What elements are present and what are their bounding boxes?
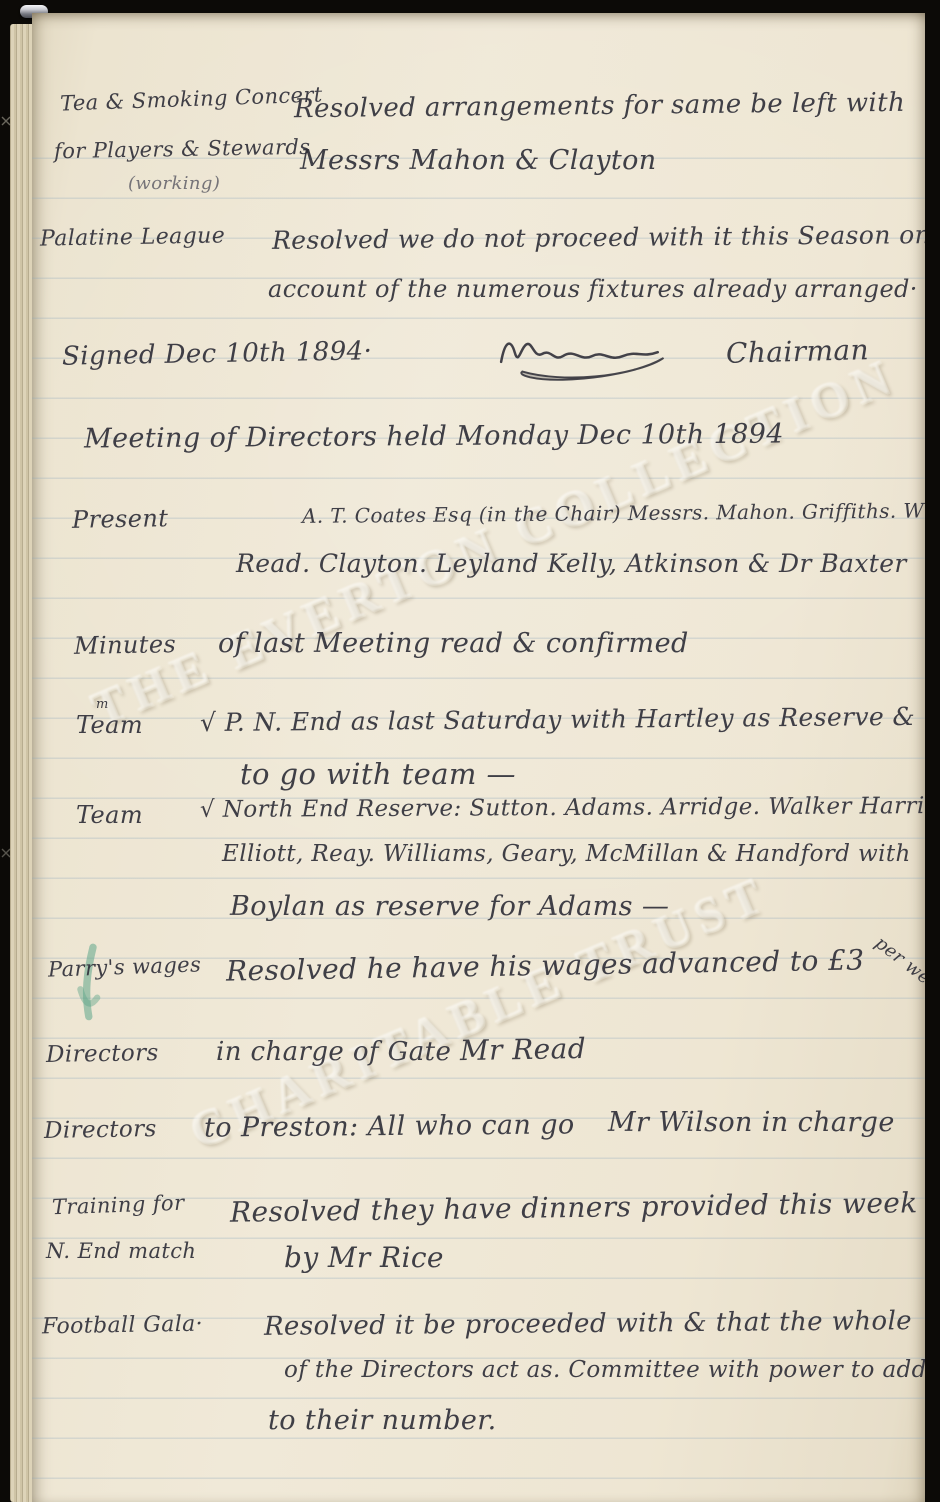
entry-palatine-label: Palatine League [40,223,226,251]
meeting-heading: Meeting of Directors held Monday Dec 10t… [84,419,784,455]
margin-mark-icon [0,114,12,128]
entry-gala-body-line-1: Resolved it be proceeded with & that the… [264,1306,912,1342]
entry-gate-body-line-1: in charge of Gate [216,1037,451,1067]
photo-stage: THE EVERTON COLLECTION CHARITABLE TRUST … [0,0,940,1502]
margin-mark-icon [0,846,12,860]
entry-preston-body-name: Mr Wilson in charge [608,1107,895,1138]
entry-preston-label: Directors [44,1116,157,1144]
entry-training-label-line-2: N. End match [46,1239,196,1263]
entry-gala-label: Football Gala· [42,1312,204,1340]
chairman-role-text: Chairman [726,333,870,370]
entry-team2-body-line-1: √ North End Reserve: Sutton. Adams. Arri… [200,793,925,823]
entry-gala-body-line-2: of the Directors act as. Committee with … [284,1357,925,1383]
entry-tea-body-line-1: Resolved arrangements for same be left w… [294,88,905,124]
entry-gate-body-name: Mr Read [460,1032,587,1067]
entry-team2-body-line-3: Boylan as reserve for Adams — [230,891,669,922]
entry-present-body-line-2: Read. Clayton. Leyland Kelly, Atkinson &… [236,549,907,578]
entry-tea-body-line-2: Messrs Mahon & Clayton [300,145,657,176]
entry-team1-body-line-2: to go with team — [240,757,516,791]
entry-palatine-body-line-2: account of the numerous fixtures already… [268,275,918,303]
entry-gate-label: Directors [46,1040,159,1068]
entry-gala-body-line-3: to their number. [268,1405,497,1436]
page-edge-stack [10,24,34,1502]
chairman-signature [494,329,690,387]
entry-team2-body-line-2: Elliott, Reay. Williams, Geary, McMillan… [222,841,911,867]
entry-team1-label: Team [76,711,143,739]
entry-team1-label-superscript: m [96,697,109,712]
entry-team2-label: Team [76,801,143,829]
entry-preston-body-line-1: to Preston: All who can go [204,1109,575,1143]
scanned-minute-book-photo: { "watermark": { "line1": "THE EVERTON C… [0,0,940,1502]
entry-minutes-body-line-1: of last Meeting read & confirmed [218,628,689,659]
entry-present-label: Present [72,504,169,534]
entry-training-label-line-1: Training for [52,1191,185,1220]
minute-book-page: THE EVERTON COLLECTION CHARITABLE TRUST … [32,13,925,1502]
signed-date-text: Signed Dec 10th 1894· [62,336,373,371]
entry-tea-label-line-2: for Players & Stewards [54,135,311,163]
entry-training-body-line-2: by Mr Rice [284,1241,444,1274]
entry-tea-label-line-3: (working) [128,173,220,194]
entry-palatine-body-line-1: Resolved we do not proceed with it this … [272,220,925,255]
green-check-mark-icon [72,941,114,1025]
entry-tea-label-line-1: Tea & Smoking Concert [60,82,323,115]
entry-minutes-label: Minutes [74,630,177,660]
